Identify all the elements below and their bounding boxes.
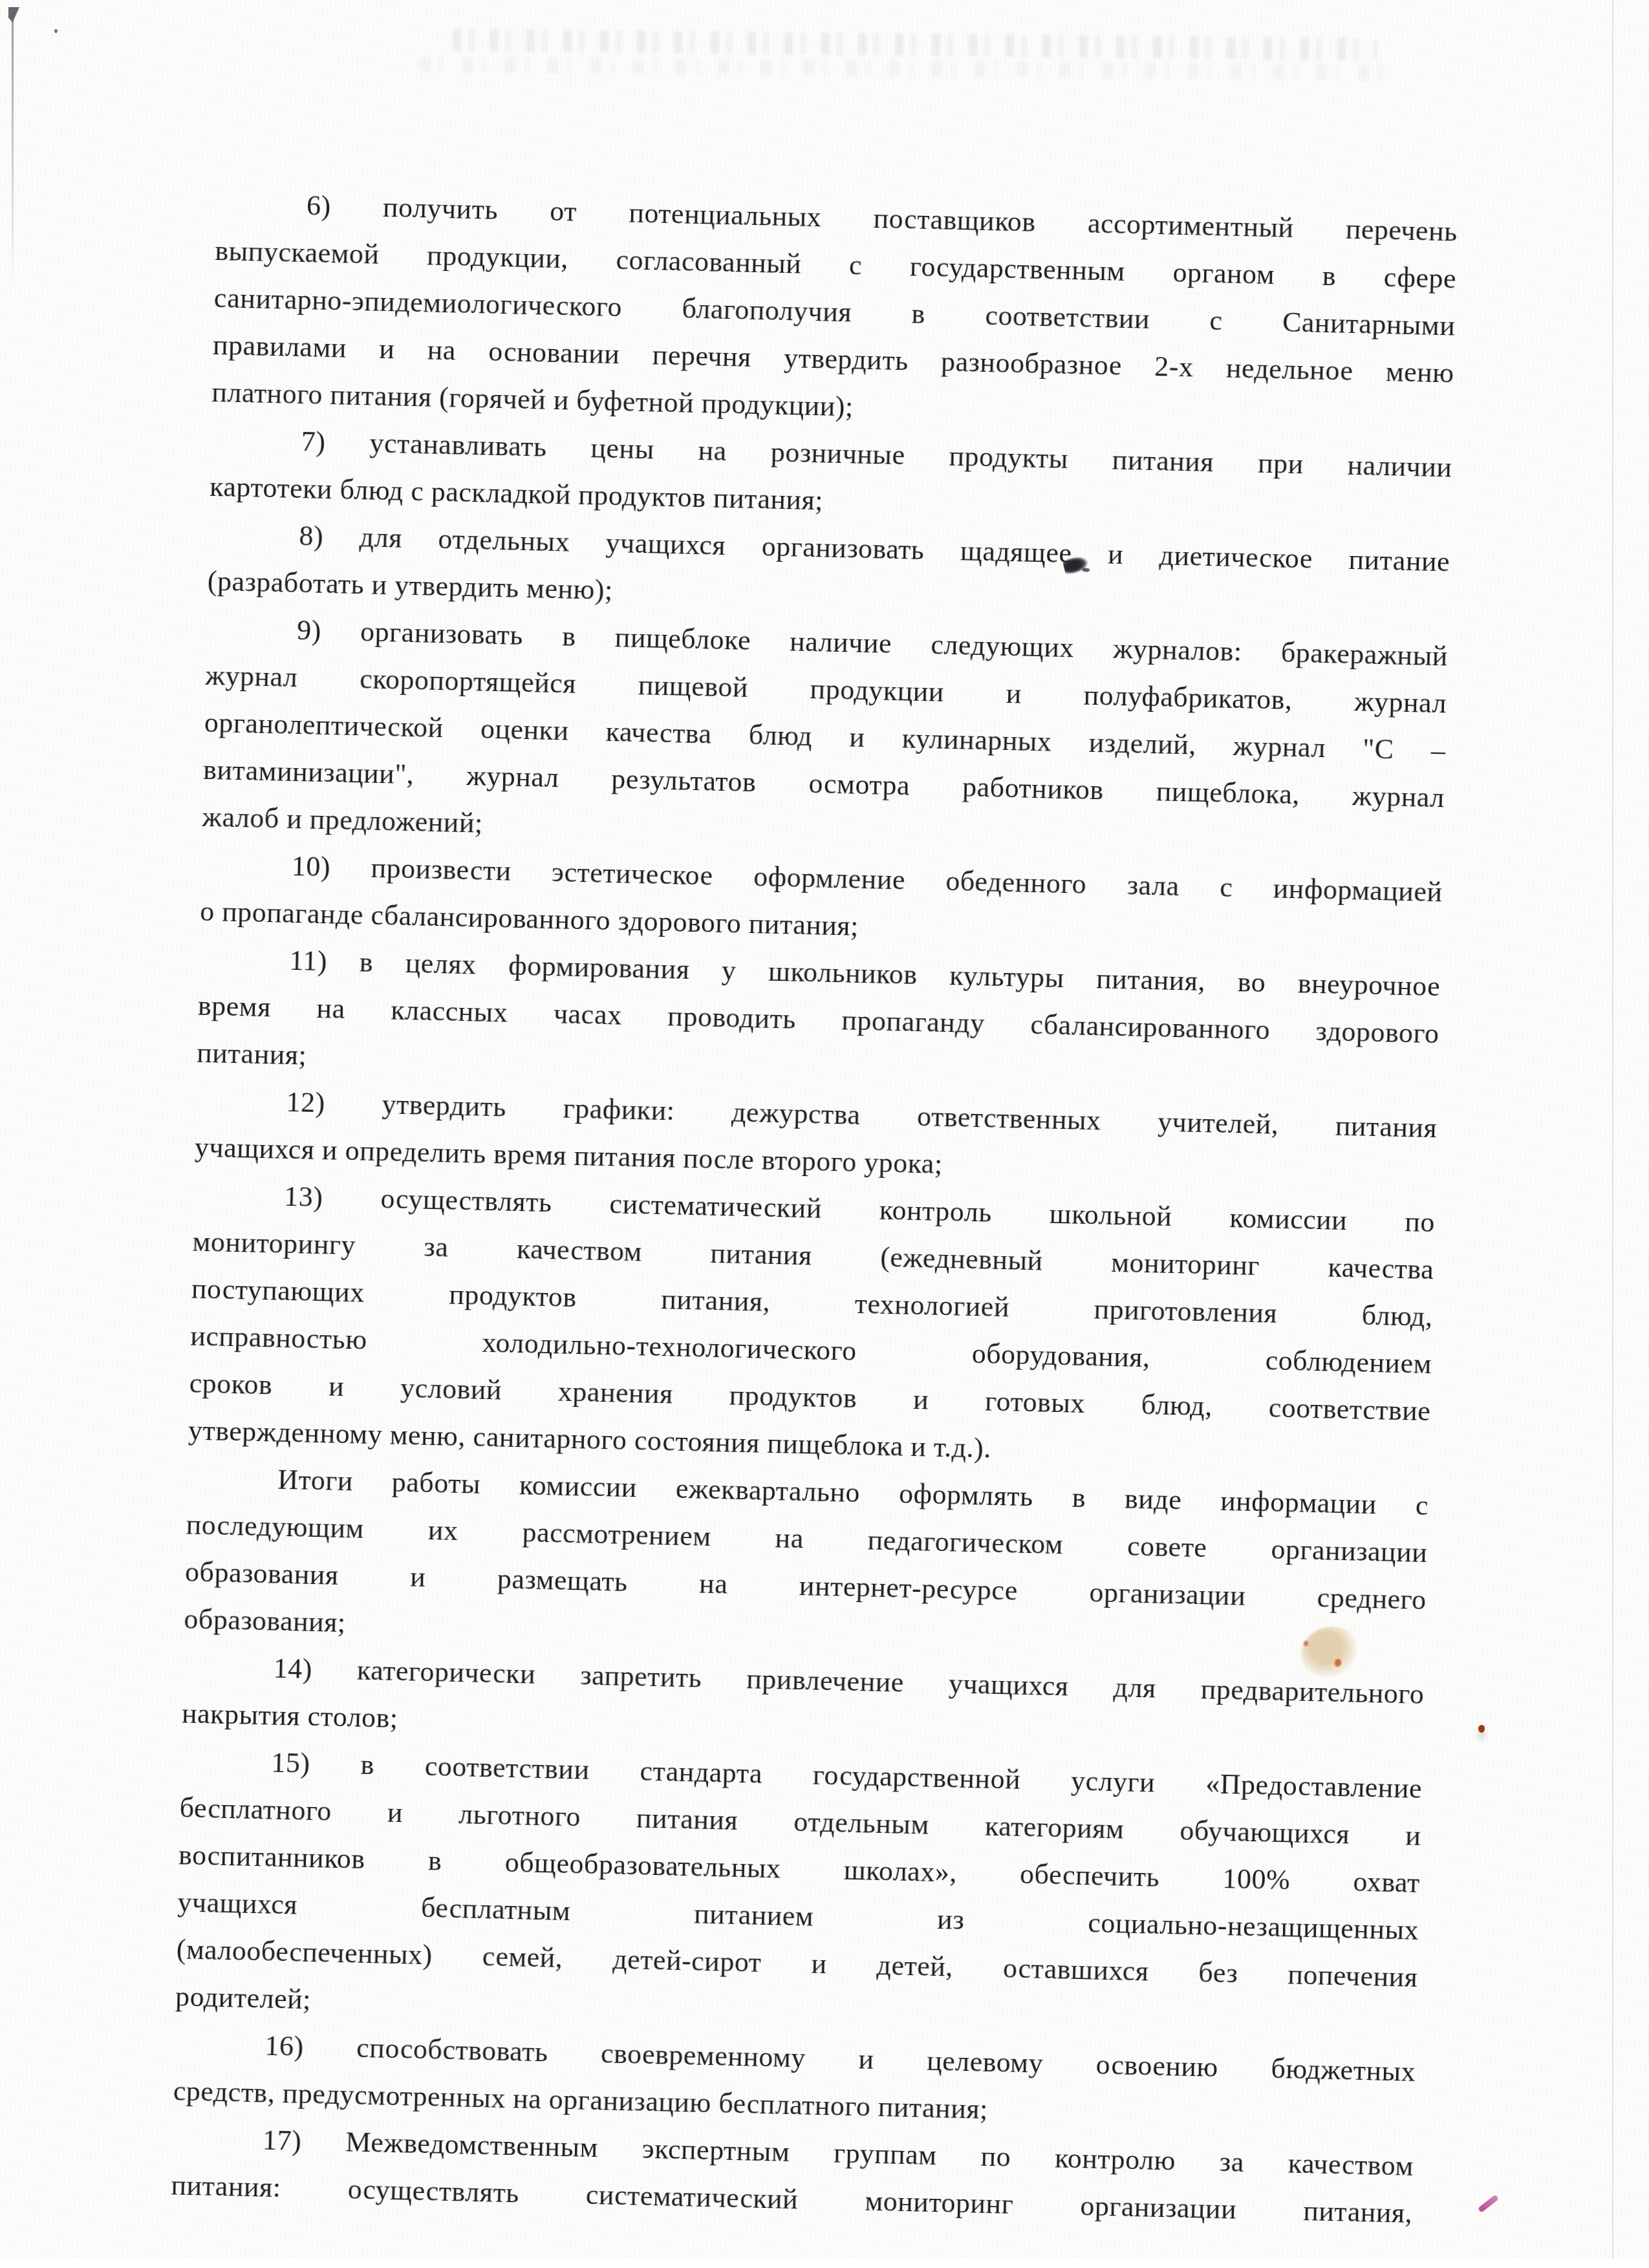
- bleed-through-text-artifact: [453, 29, 1377, 61]
- document-text-block: 6) получить от потенциальных поставщиков…: [171, 180, 1458, 2237]
- paragraph-item-11: 11) в целях формирования у школьников ку…: [197, 935, 1441, 1105]
- paragraph-item-6: 6) получить от потенциальных поставщиков…: [211, 180, 1458, 444]
- paragraph-commission-results: Итоги работы комиссии ежеквартально офор…: [184, 1453, 1429, 1670]
- pink-slash-artifact: [1478, 2194, 1499, 2213]
- paper-background: 6) получить от потенциальных поставщиков…: [0, 0, 1649, 2259]
- scan-right-edge-line: [1612, 0, 1613, 2259]
- scan-corner-mark: [8, 7, 19, 23]
- paragraph-item-15: 15) в соответствии стандарта государстве…: [175, 1737, 1422, 2048]
- scan-left-edge-line: [12, 9, 14, 287]
- scanned-document-page: { "page": { "background_color": "#fcfcfa…: [0, 0, 1649, 2268]
- red-dot-artifact: [1478, 1725, 1485, 1733]
- bleed-through-text-artifact: [419, 56, 1389, 80]
- dust-speck: [54, 29, 58, 33]
- paragraph-item-9: 9) организовать в пищеблоке наличие след…: [202, 604, 1449, 868]
- paragraph-item-13: 13) осуществлять систематический контрол…: [188, 1171, 1435, 1482]
